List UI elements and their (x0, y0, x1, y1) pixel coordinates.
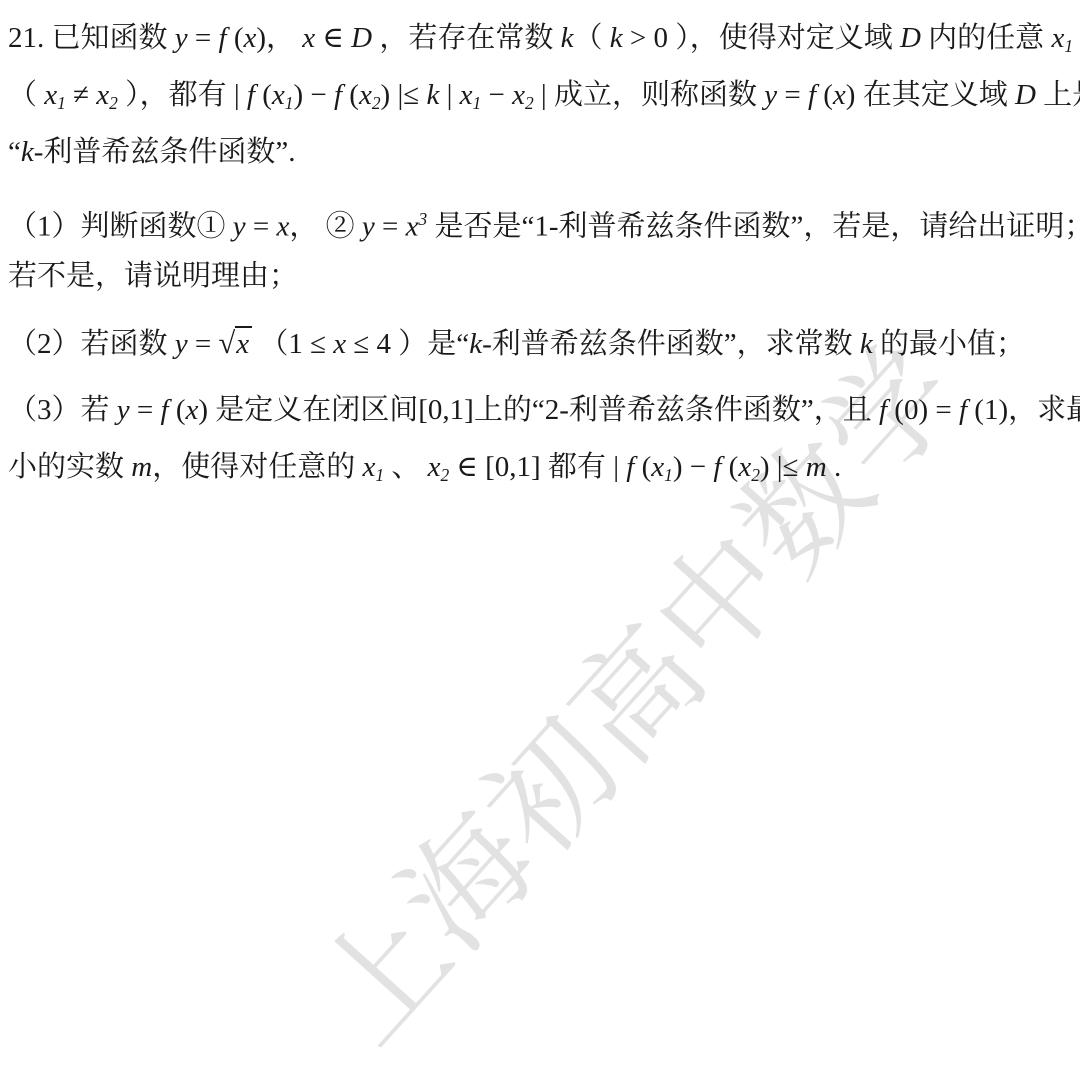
text-run: (0) = (887, 394, 959, 426)
text-line-6: （2）若函数 y = √x （1 ≤ x ≤ 4 ）是“k-利普希兹条件函数”，… (8, 315, 1066, 372)
math-variable: x (1051, 22, 1064, 54)
math-variable: f (247, 79, 255, 111)
text-run: ) 是定义在闭区间[0,1]上的“2-利普希兹条件函数”，且 (198, 394, 879, 426)
text-run: 小的实数 (8, 451, 131, 483)
math-variable: x (651, 451, 664, 483)
text-run: = (188, 22, 219, 54)
math-variable: x (428, 451, 441, 483)
math-variable: f (334, 79, 342, 111)
text-line-5: 若不是，请说明理由； (8, 248, 1066, 305)
math-variable: x (96, 79, 109, 111)
text-run: ，使得对任意的 (152, 451, 362, 483)
text-run: 内的任意 (921, 22, 1052, 54)
text-run: 若不是，请说明理由； (8, 260, 298, 292)
text-run: = (188, 328, 219, 360)
text-run: = (375, 210, 406, 242)
math-subscript: 1 (473, 93, 482, 113)
math-subscript: 1 (664, 465, 673, 485)
text-run: （2）若函数 (8, 328, 175, 360)
text-run: ∈ [0,1] 都有 | (449, 451, 626, 483)
text-run: ) 在其定义域 (846, 79, 1015, 111)
text-run: -利普希兹条件函数”，求常数 (482, 328, 860, 360)
math-variable: k (21, 136, 34, 168)
text-run: 、 (1073, 22, 1080, 54)
math-subscript: 2 (751, 465, 760, 485)
text-run: 上是 (1036, 79, 1080, 111)
text-run: . (827, 451, 842, 483)
math-variable: f (959, 394, 967, 426)
math-variable: x (460, 79, 473, 111)
text-run: ( (816, 79, 833, 111)
math-variable: y (175, 328, 188, 360)
text-line-3: “k-利普希兹条件函数”. (8, 124, 1066, 181)
math-variable: y (117, 394, 130, 426)
radical-sign-icon: √ (219, 326, 236, 360)
math-subscript: 2 (109, 93, 118, 113)
text-run: | (439, 79, 459, 111)
document-page: 上海初高中数学 21. 已知函数 y = f (x)， x ∈ D ，若存在常数… (0, 0, 1080, 1092)
math-variable: y (764, 79, 777, 111)
text-run: ），都有 | (118, 79, 247, 111)
math-subscript: 2 (525, 93, 534, 113)
text-line-7: （3）若 y = f (x) 是定义在闭区间[0,1]上的“2-利普希兹条件函数… (8, 382, 1066, 439)
math-variable: x (359, 79, 372, 111)
text-run: − (481, 79, 512, 111)
text-run: ∈ (315, 22, 351, 54)
math-variable: D (900, 22, 921, 54)
sqrt-expression: √x (219, 315, 253, 373)
text-line-4: （1）判断函数① y = x， ② y = x3 是否是“1-利普希兹条件函数”… (8, 191, 1066, 248)
math-variable: x (333, 328, 346, 360)
text-run: (1)，求最 (967, 394, 1080, 426)
text-run: ( (255, 79, 272, 111)
text-run: “ (8, 136, 21, 168)
text-run: ≠ (66, 79, 96, 111)
problem-statement: 21. 已知函数 y = f (x)， x ∈ D ，若存在常数 k（ k > … (8, 10, 1066, 496)
text-run: ) |≤ (381, 79, 427, 111)
math-variable: k (860, 328, 873, 360)
math-subscript: 2 (372, 93, 381, 113)
math-variable: m (806, 451, 827, 483)
text-run: ( (169, 394, 186, 426)
math-variable: f (219, 22, 227, 54)
text-run: （1）判断函数① (8, 210, 233, 242)
text-run: ( (721, 451, 738, 483)
math-variable: k (610, 22, 623, 54)
math-subscript: 2 (440, 465, 449, 485)
text-run: = (246, 210, 277, 242)
math-variable: D (1015, 79, 1036, 111)
math-variable: x (243, 22, 256, 54)
math-variable: x (302, 22, 315, 54)
math-variable: k (561, 22, 574, 54)
math-variable: x (738, 451, 751, 483)
math-variable: x (277, 210, 290, 242)
math-variable: y (233, 210, 246, 242)
text-run: （1 ≤ (252, 328, 333, 360)
text-run: ) |≤ (760, 451, 806, 483)
math-subscript: 1 (57, 93, 66, 113)
math-variable: x (362, 451, 375, 483)
text-run: ，若存在常数 (372, 22, 561, 54)
text-line-8: 小的实数 m，使得对任意的 x1 、 x2 ∈ [0,1] 都有 | f (x1… (8, 439, 1066, 496)
text-line-1: 21. 已知函数 y = f (x)， x ∈ D ，若存在常数 k（ k > … (8, 10, 1066, 67)
text-run: （ (573, 22, 609, 54)
text-run: ) − (293, 79, 334, 111)
math-variable: x (272, 79, 285, 111)
text-run: > 0 ），使得对定义域 (623, 22, 900, 54)
text-run: )， (256, 22, 302, 54)
text-run: = (777, 79, 808, 111)
math-variable: f (808, 79, 816, 111)
math-subscript: 1 (1064, 36, 1073, 56)
text-run: 21. 已知函数 (8, 22, 175, 54)
math-variable: x (185, 394, 198, 426)
text-run: 的最小值； (873, 328, 1025, 360)
math-variable: f (161, 394, 169, 426)
math-variable: k (469, 328, 482, 360)
math-variable: D (351, 22, 372, 54)
text-run: （ (8, 79, 44, 111)
text-run: ( (634, 451, 651, 483)
math-variable: f (879, 394, 887, 426)
math-variable: k (426, 79, 439, 111)
math-variable: x (512, 79, 525, 111)
math-variable: m (131, 451, 152, 483)
text-run: ( (227, 22, 244, 54)
math-variable: x (44, 79, 57, 111)
text-run: ) − (673, 451, 714, 483)
math-variable: x (833, 79, 846, 111)
text-run: ≤ 4 ）是“ (346, 328, 469, 360)
math-variable: y (175, 22, 188, 54)
text-run: = (130, 394, 161, 426)
math-variable: x (406, 210, 419, 242)
text-run: （3）若 (8, 394, 117, 426)
math-subscript: 1 (375, 465, 384, 485)
math-variable: y (362, 210, 375, 242)
text-run: ， ② (289, 210, 362, 242)
radicand: x (235, 326, 252, 360)
text-run: 、 (384, 451, 428, 483)
math-superscript: 3 (419, 209, 428, 229)
text-line-2: （ x1 ≠ x2 ），都有 | f (x1) − f (x2) |≤ k | … (8, 67, 1066, 124)
text-run: ( (342, 79, 359, 111)
text-run: | 成立，则称函数 (534, 79, 765, 111)
text-run: 是否是“1-利普希兹条件函数”，若是，请给出证明； (427, 210, 1080, 242)
text-run: -利普希兹条件函数”. (34, 136, 296, 168)
